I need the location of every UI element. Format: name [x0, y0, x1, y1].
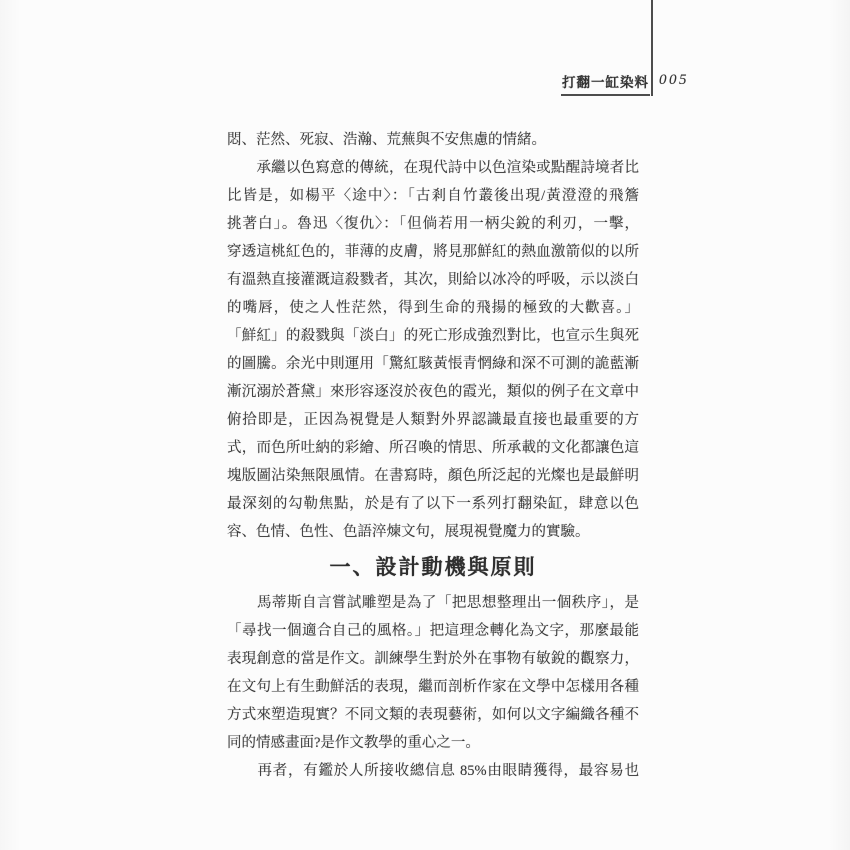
text-line: 的嘴唇，使之人性茫然，得到生命的飛揚的極致的大歡喜。」	[227, 294, 639, 322]
text-line: 塊版圖沾染無限風情。在書寫時，顏色所泛起的光燦也是最鮮明	[227, 462, 639, 490]
book-page: 打翻一缸染料 005 悶、茫然、死寂、浩瀚、荒蕪與不安焦慮的情緒。 承繼以色寫意…	[0, 0, 850, 850]
text-line: 馬蒂斯自言嘗試雕塑是為了「把思想整理出一個秩序」，是	[227, 589, 639, 617]
text-line: 的圖騰。余光中則運用「驚紅駭黃悵青惘綠和深不可測的詭藍漸	[227, 350, 639, 378]
text-line: 有溫熱直接灌溉這殺戮者，其次，則給以冰冷的呼吸，示以淡白	[227, 266, 639, 294]
text-line: 承繼以色寫意的傳統，在現代詩中以色渲染或點醒詩境者比	[227, 154, 639, 182]
text-line: 漸沉溺於蒼黛」來形容逐沒於夜色的霞光，類似的例子在文章中	[227, 378, 639, 406]
section-heading: 一、設計動機與原則	[227, 551, 639, 581]
text-line: 俯拾即是，正因為視覺是人類對外界認識最直接也最重要的方	[227, 406, 639, 434]
running-header-title: 打翻一缸染料	[561, 71, 650, 96]
text-line: 方式來塑造現實？不同文類的表現藝術，如何以文字編織各種不	[227, 701, 639, 729]
text-line: 式，而色所吐納的彩繪、所召喚的情思、所承載的文化都讓色這	[227, 434, 639, 462]
page-number: 005	[659, 72, 689, 89]
text-line: 穿透這桃紅色的，菲薄的皮膚，將見那鮮紅的熱血激箭似的以所	[227, 238, 639, 266]
text-line: 挑著白」。魯迅〈復仇〉：「但倘若用一柄尖銳的利刃，一擊，	[227, 210, 639, 238]
paragraph-block-2: 馬蒂斯自言嘗試雕塑是為了「把思想整理出一個秩序」，是 「尋找一個適合自己的風格。…	[227, 589, 639, 785]
text-line: 表現創意的當是作文。訓練學生對於外在事物有敏銳的觀察力，	[227, 645, 639, 673]
text-line: 同的情感畫面?是作文教學的重心之一。	[227, 729, 639, 757]
text-line: 比皆是，如楊平〈途中〉：「古剎自竹叢後出現/黃澄澄的飛簷	[227, 182, 639, 210]
text-line: 悶、茫然、死寂、浩瀚、荒蕪與不安焦慮的情緒。	[227, 126, 639, 154]
text-line: 容、色情、色性、色語淬煉文句，展現視覺魔力的實驗。	[227, 518, 639, 546]
text-line: 最深刻的勾勒焦點，於是有了以下一系列打翻染缸，肆意以色	[227, 490, 639, 518]
header-rule	[651, 0, 653, 96]
running-header: 打翻一缸染料	[470, 71, 650, 96]
paragraph-block-1: 悶、茫然、死寂、浩瀚、荒蕪與不安焦慮的情緒。 承繼以色寫意的傳統，在現代詩中以色…	[227, 126, 639, 546]
text-line: 「鮮紅」的殺戮與「淡白」的死亡形成強烈對比，也宣示生與死	[227, 322, 639, 350]
text-line: 在文句上有生動鮮活的表現，繼而剖析作家在文學中怎樣用各種	[227, 673, 639, 701]
text-line: 「尋找一個適合自己的風格。」把這理念轉化為文字，那麼最能	[227, 617, 639, 645]
text-line: 再者，有鑑於人所接收總信息 85%由眼睛獲得，最容易也	[227, 757, 639, 785]
